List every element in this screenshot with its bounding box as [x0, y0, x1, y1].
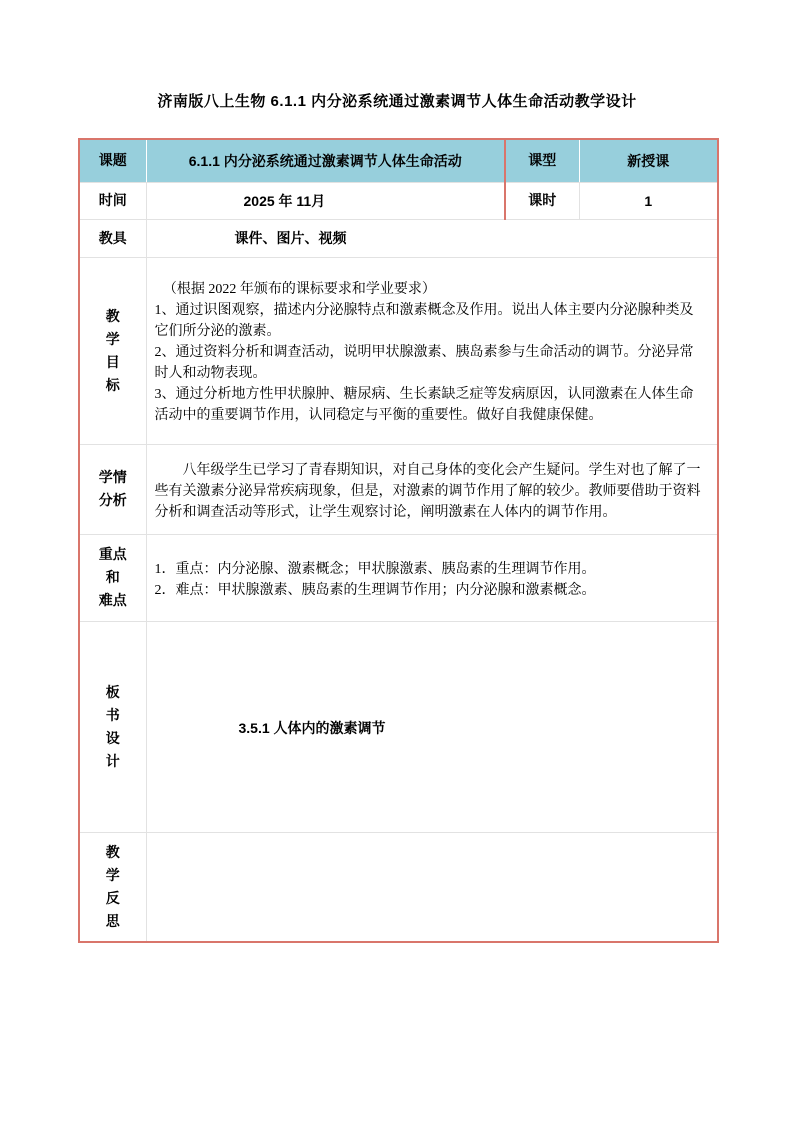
tools-value: 课件、图片、视频 [146, 219, 718, 257]
row-tools: 教具 课件、图片、视频 [79, 219, 718, 257]
teaching-goals-content: （根据 2022 年颁布的课标要求和学业要求） 1、通过识图观察，描述内分泌腺特… [146, 257, 718, 444]
key-point-item: 2．难点：甲状腺激素、胰岛素的生理调节作用；内分泌腺和激素概念。 [155, 580, 708, 601]
key-points-content: 1．重点：内分泌腺、激素概念；甲状腺激素、胰岛素的生理调节作用。 2．难点：甲状… [146, 534, 718, 621]
learner-analysis-paragraph: 八年级学生已学习了青春期知识，对自己身体的变化会产生疑问。学生对也了解了一些有关… [155, 460, 708, 523]
learner-analysis-content: 八年级学生已学习了青春期知识，对自己身体的变化会产生疑问。学生对也了解了一些有关… [146, 444, 718, 534]
time-label: 时间 [79, 182, 146, 219]
row-board-design: 板 书 设 计 3.5.1 人体内的激素调节 [79, 621, 718, 832]
document-title: 济南版八上生物 6.1.1 内分泌系统通过激素调节人体生命活动教学设计 [0, 90, 794, 111]
key-point-item: 1．重点：内分泌腺、激素概念；甲状腺激素、胰岛素的生理调节作用。 [155, 559, 708, 580]
row-topic: 课题 6.1.1 内分泌系统通过激素调节人体生命活动 课型 新授课 [79, 139, 718, 182]
goals-paragraph: 2、通过资料分析和调查活动，说明甲状腺激素、胰岛素参与生命活动的调节。分泌异常时… [155, 342, 708, 384]
board-design-content: 3.5.1 人体内的激素调节 [146, 621, 718, 832]
goals-paragraph: 1、通过识图观察，描述内分泌腺特点和激素概念及作用。说出人体主要内分泌腺种类及它… [155, 300, 708, 342]
tools-label: 教具 [79, 219, 146, 257]
reflection-content [146, 832, 718, 942]
lesson-plan-table: 课题 6.1.1 内分泌系统通过激素调节人体生命活动 课型 新授课 时间 202… [78, 138, 719, 943]
topic-label: 课题 [79, 139, 146, 182]
row-time: 时间 2025 年 11月 课时 1 [79, 182, 718, 219]
course-type-value: 新授课 [579, 139, 718, 182]
key-points-label: 重点 和 难点 [79, 534, 146, 621]
row-learner-analysis: 学情 分析 八年级学生已学习了青春期知识，对自己身体的变化会产生疑问。学生对也了… [79, 444, 718, 534]
row-key-points: 重点 和 难点 1．重点：内分泌腺、激素概念；甲状腺激素、胰岛素的生理调节作用。… [79, 534, 718, 621]
goals-paragraph: 3、通过分析地方性甲状腺肿、糖尿病、生长素缺乏症等发病原因，认同激素在人体生命活… [155, 384, 708, 426]
learner-analysis-label: 学情 分析 [79, 444, 146, 534]
goals-paragraph: （根据 2022 年颁布的课标要求和学业要求） [155, 279, 708, 300]
reflection-label: 教 学 反 思 [79, 832, 146, 942]
board-design-heading: 3.5.1 人体内的激素调节 [155, 718, 708, 739]
row-teaching-goals: 教 学 目 标 （根据 2022 年颁布的课标要求和学业要求） 1、通过识图观察… [79, 257, 718, 444]
time-value: 2025 年 11月 [146, 182, 505, 219]
teaching-goals-label: 教 学 目 标 [79, 257, 146, 444]
row-reflection: 教 学 反 思 [79, 832, 718, 942]
period-label: 课时 [505, 182, 579, 219]
period-value: 1 [579, 182, 718, 219]
topic-value: 6.1.1 内分泌系统通过激素调节人体生命活动 [146, 139, 505, 182]
course-type-label: 课型 [505, 139, 579, 182]
board-design-label: 板 书 设 计 [79, 621, 146, 832]
